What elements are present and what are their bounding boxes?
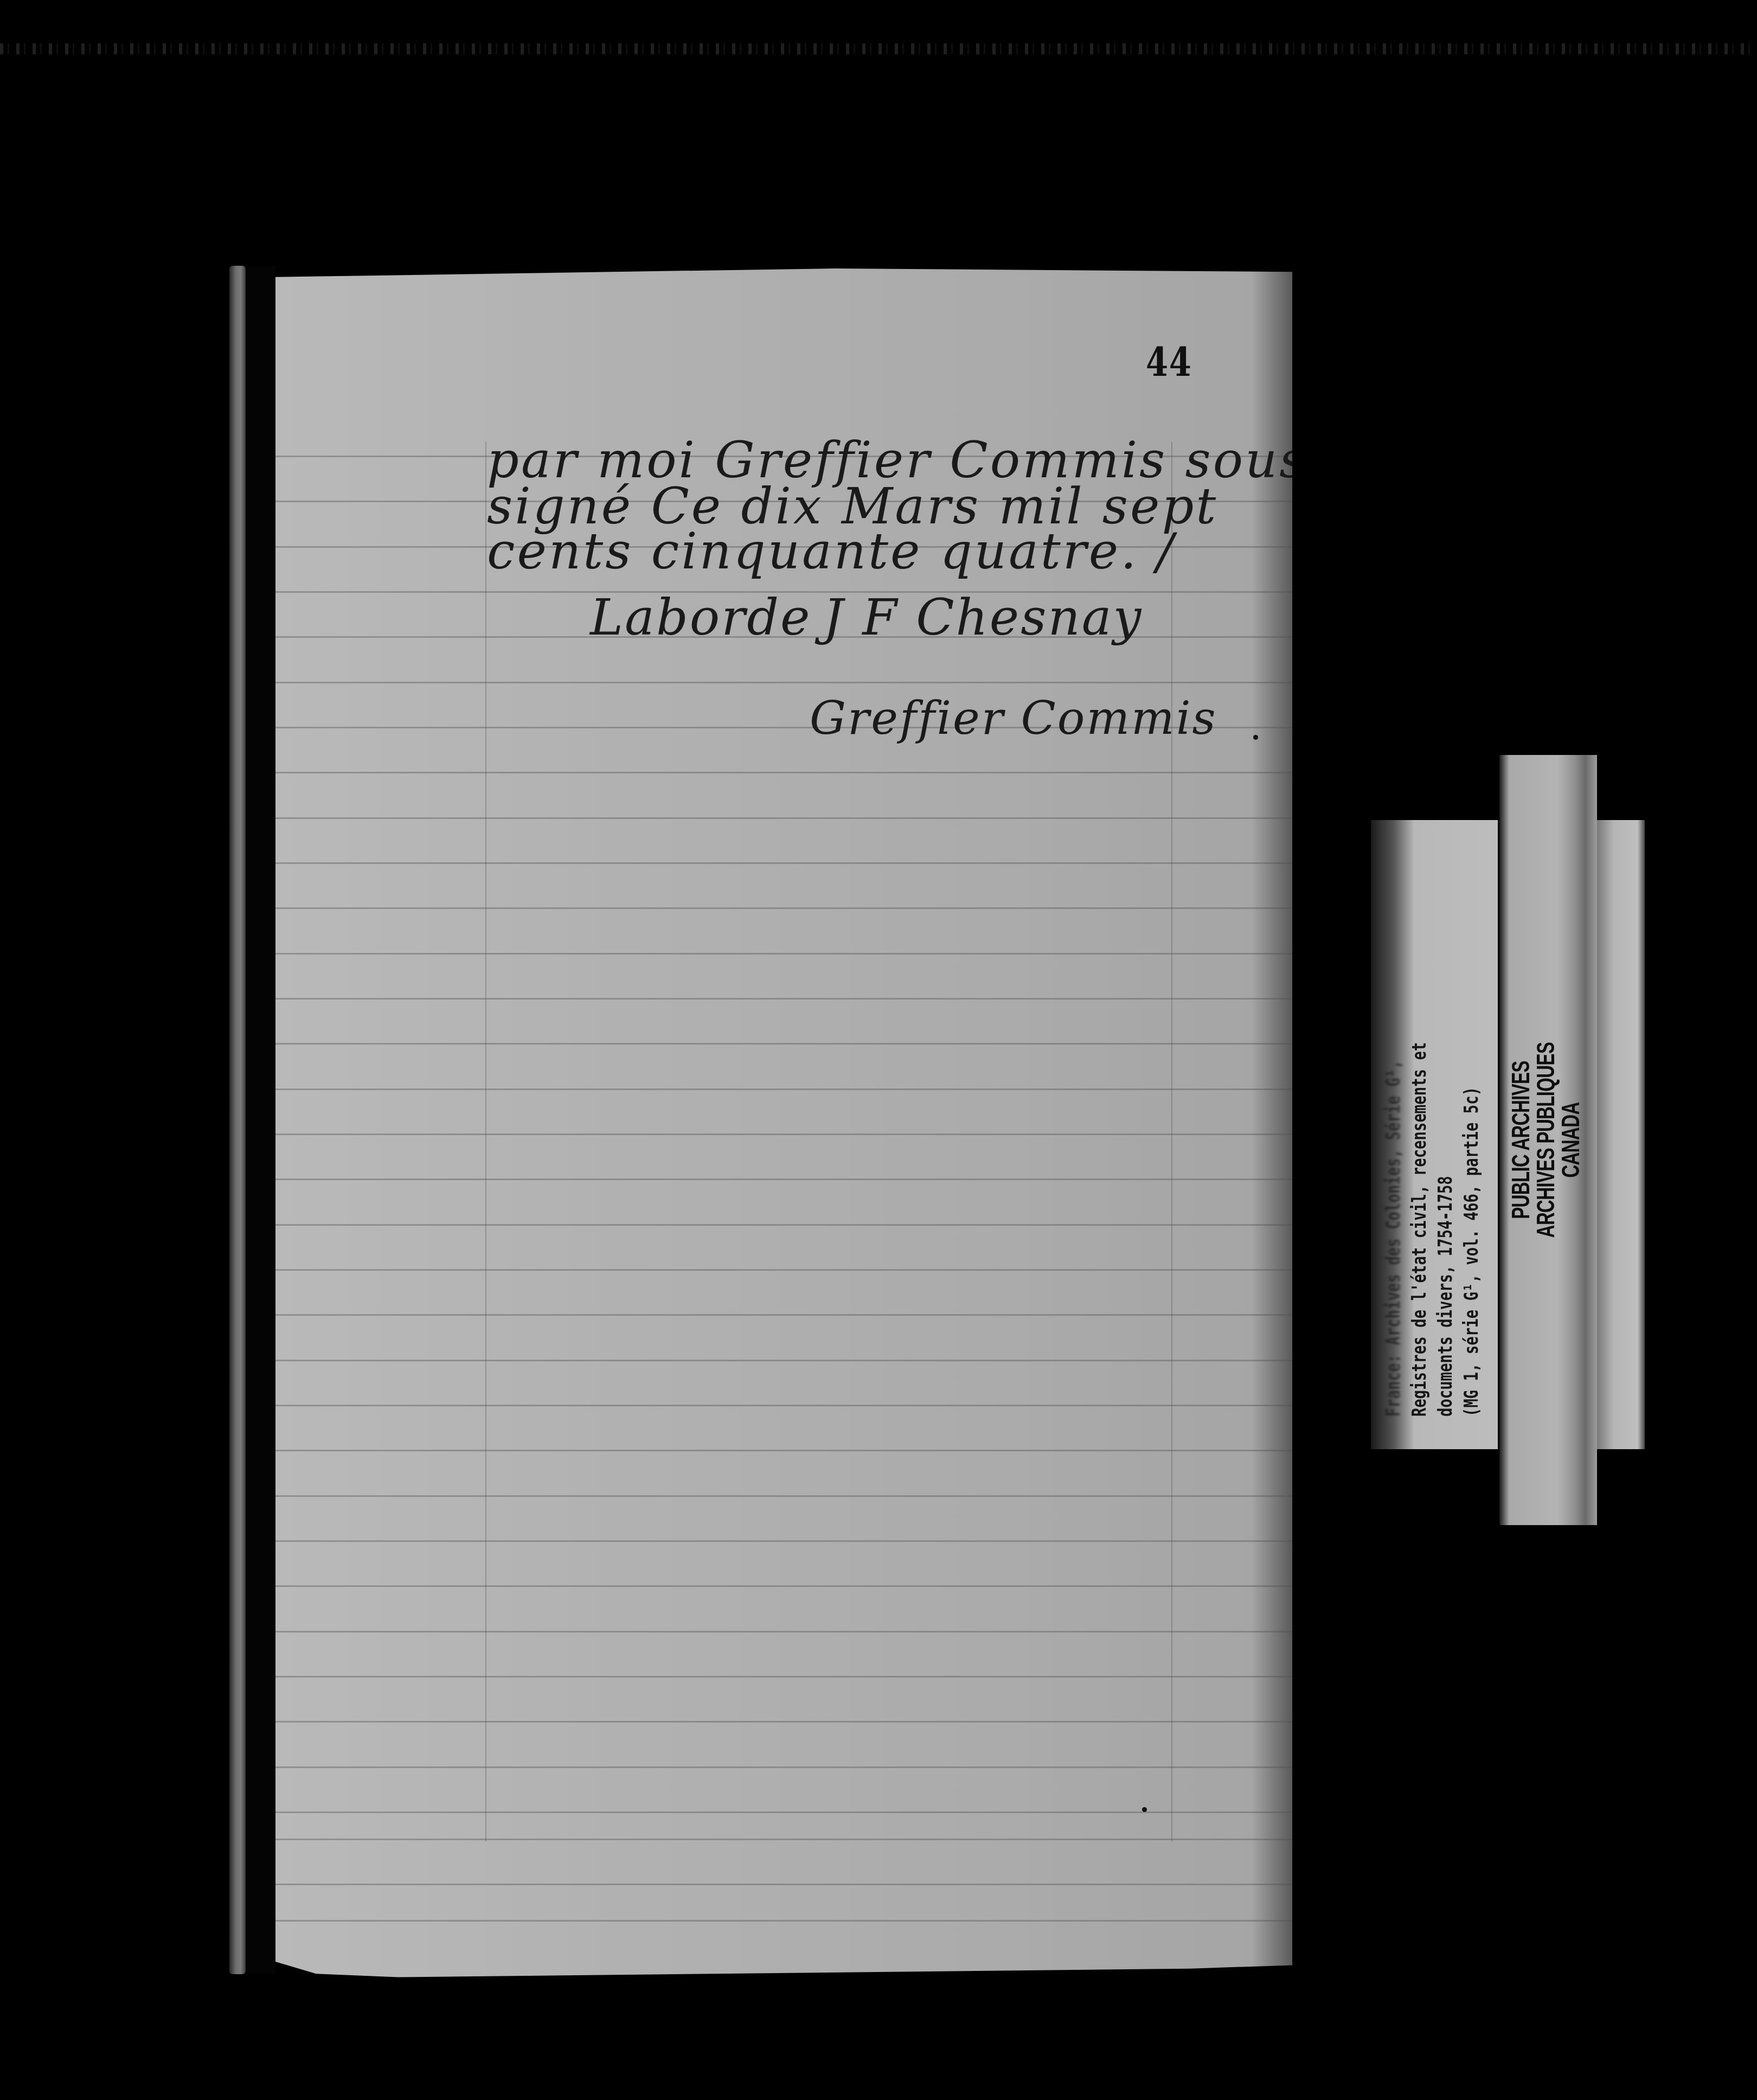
ruled-line — [275, 1540, 1292, 1542]
ruled-line — [275, 1766, 1292, 1768]
ink-speck — [1142, 1807, 1147, 1812]
ruled-line — [275, 772, 1292, 773]
ruled-line — [275, 1405, 1292, 1406]
ruled-line — [275, 998, 1292, 1000]
ruled-line — [275, 1224, 1292, 1226]
right-margin-line — [1171, 442, 1172, 1841]
ruled-line — [275, 1043, 1292, 1045]
handwritten-line: cents cinquante quatre. / — [487, 522, 1176, 580]
left-margin-line — [485, 442, 486, 1841]
ruled-line — [275, 817, 1292, 819]
label-line: (MG 1, série G¹, vol. 466, partie 5c) — [1461, 1087, 1483, 1417]
label-line: documents divers, 1754-1758 — [1435, 1176, 1457, 1417]
ruled-line — [275, 1920, 1292, 1922]
book-gutter-shadow — [246, 266, 275, 1974]
ruled-line — [275, 1450, 1292, 1451]
ruled-line — [275, 682, 1292, 683]
ruled-line — [275, 1360, 1292, 1361]
ruled-line — [275, 1631, 1292, 1632]
ruled-line — [275, 1884, 1292, 1885]
ruled-line — [275, 907, 1292, 909]
ruled-line — [275, 862, 1292, 864]
ruled-line — [275, 1314, 1292, 1316]
ruled-line — [275, 1179, 1292, 1180]
label-line: France: Archives des Colonies, Série G¹, — [1383, 1060, 1405, 1417]
ruled-line — [275, 1134, 1292, 1135]
signature-chesnay: J F Chesnay — [823, 588, 1143, 646]
ruled-line — [275, 1089, 1292, 1090]
ruled-line — [275, 953, 1292, 955]
ink-speck — [1253, 735, 1258, 740]
signature-laborde: Laborde — [590, 588, 812, 646]
ledger-page: 44 par moi Greffier Commis sous signé Ce… — [275, 268, 1292, 1982]
ruled-line — [275, 1269, 1292, 1271]
stamp-line: CANADA — [1556, 863, 1585, 1417]
scan-artifact-strip — [0, 43, 1757, 54]
label-line: Registres de l'état civil, recensements … — [1409, 1042, 1431, 1417]
ruled-line — [275, 1676, 1292, 1678]
bottom-margin-line — [275, 1839, 1292, 1840]
page-number: 44 — [1146, 339, 1192, 385]
archives-canada-stamp: PUBLIC ARCHIVES ARCHIVES PUBLIQUES CANAD… — [1499, 755, 1597, 1525]
signature-title: Greffier Commis — [810, 692, 1217, 745]
book-binding-edge — [229, 266, 246, 1974]
ruled-line — [275, 1585, 1292, 1587]
ruled-line — [275, 1811, 1292, 1813]
archive-reference-label: France: Archives des Colonies, Série G¹,… — [1371, 820, 1498, 1449]
ruled-line — [275, 1495, 1292, 1497]
label-backing-strip — [1597, 820, 1645, 1449]
ruled-line — [275, 1721, 1292, 1723]
